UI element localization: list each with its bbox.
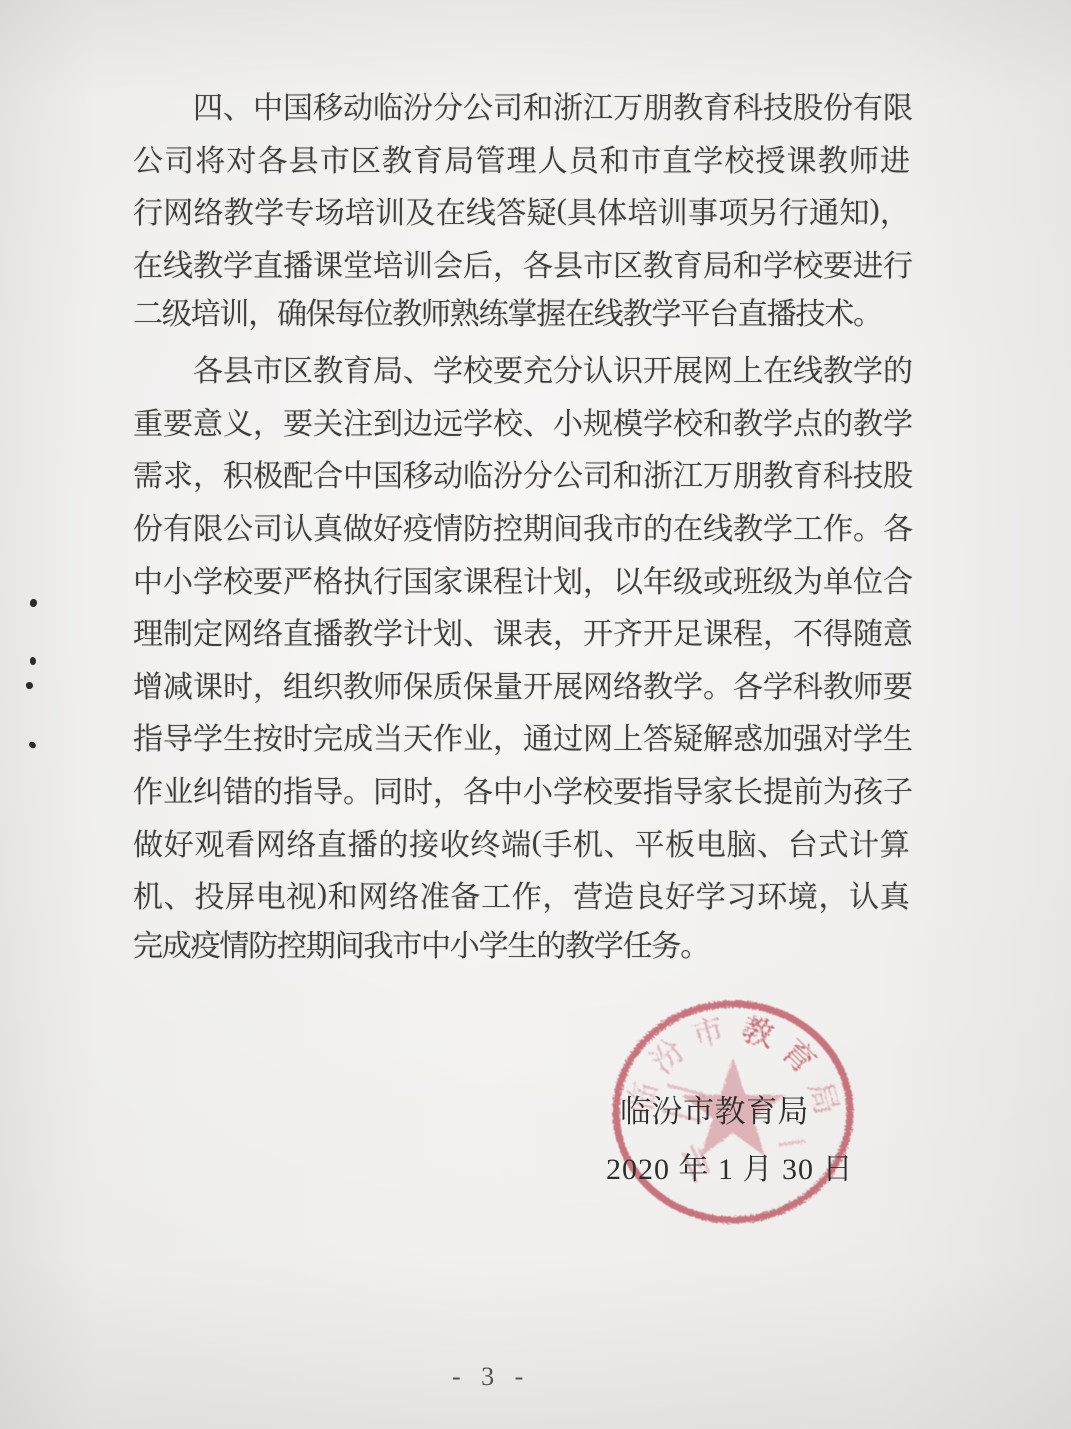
text-line: 作业纠错的指导。同时，各中小学校要指导家长提前为孩子 (133, 763, 910, 816)
text-line: 各县市区教育局、学校要充分认识开展网上在线教学的 (133, 342, 910, 395)
margin-speck (30, 657, 36, 665)
text-line: 完成疫情防控期间我市中小学生的教学任务。 (133, 921, 910, 974)
text-line: 在线教学直播课堂培训会后，各县市区教育局和学校要进行 (133, 237, 910, 290)
svg-text:市: 市 (688, 1011, 728, 1054)
page-number: - 3 - (452, 1362, 530, 1392)
text-line: 增减课时，组织教师保质保量开展网络教学。各学科教师要 (133, 658, 910, 711)
text-line: 行网络教学专场培训及在线答疑(具体培训事项另行通知)， (133, 184, 910, 237)
text-line: 公司将对各县市区教育局管理人员和市直学校授课教师进 (133, 132, 910, 185)
text-line: 重要意义，要关注到边远学校、小规模学校和教学点的教学 (133, 395, 910, 448)
text-line: 中小学校要严格执行国家课程计划，以年级或班级为单位合 (133, 552, 910, 605)
svg-text:教: 教 (738, 1011, 778, 1054)
text-line: 需求，积极配合中国移动临汾分公司和浙江万朋教育科技股 (133, 447, 910, 500)
issue-date: 2020 年 1 月 30 日 (606, 1144, 854, 1188)
margin-speck (28, 741, 37, 750)
paragraph: 四、中国移动临汾分公司和浙江万朋教育科技股份有限公司将对各县市区教育局管理人员和… (133, 79, 910, 342)
text-line: 做好观看网络直播的接收终端(手机、平板电脑、台式计算 (133, 815, 910, 868)
paragraph: 各县市区教育局、学校要充分认识开展网上在线教学的重要意义，要关注到边远学校、小规… (133, 342, 910, 973)
text-line: 份有限公司认真做好疫情防控期间我市的在线教学工作。各 (133, 500, 910, 553)
scanned-document-page: 四、中国移动临汾分公司和浙江万朋教育科技股份有限公司将对各县市区教育局管理人员和… (0, 0, 1071, 1429)
text-line: 二级培训，确保每位教师熟练掌握在线教学平台直播技术。 (133, 289, 910, 342)
issuer-name: 临汾市教育局 (620, 1086, 809, 1131)
text-line: 理制定网络直播教学计划、课表，开齐开足课程，不得随意 (133, 605, 910, 658)
text-line: 机、投屏电视)和网络准备工作，营造良好学习环境，认真 (133, 868, 910, 921)
text-line: 指导学生按时完成当天作业，通过网上答疑解惑加强对学生 (133, 710, 910, 763)
text-line: 四、中国移动临汾分公司和浙江万朋教育科技股份有限 (133, 79, 910, 132)
document-body: 四、中国移动临汾分公司和浙江万朋教育科技股份有限公司将对各县市区教育局管理人员和… (133, 79, 910, 973)
margin-speck (29, 598, 38, 608)
margin-speck (25, 681, 34, 690)
